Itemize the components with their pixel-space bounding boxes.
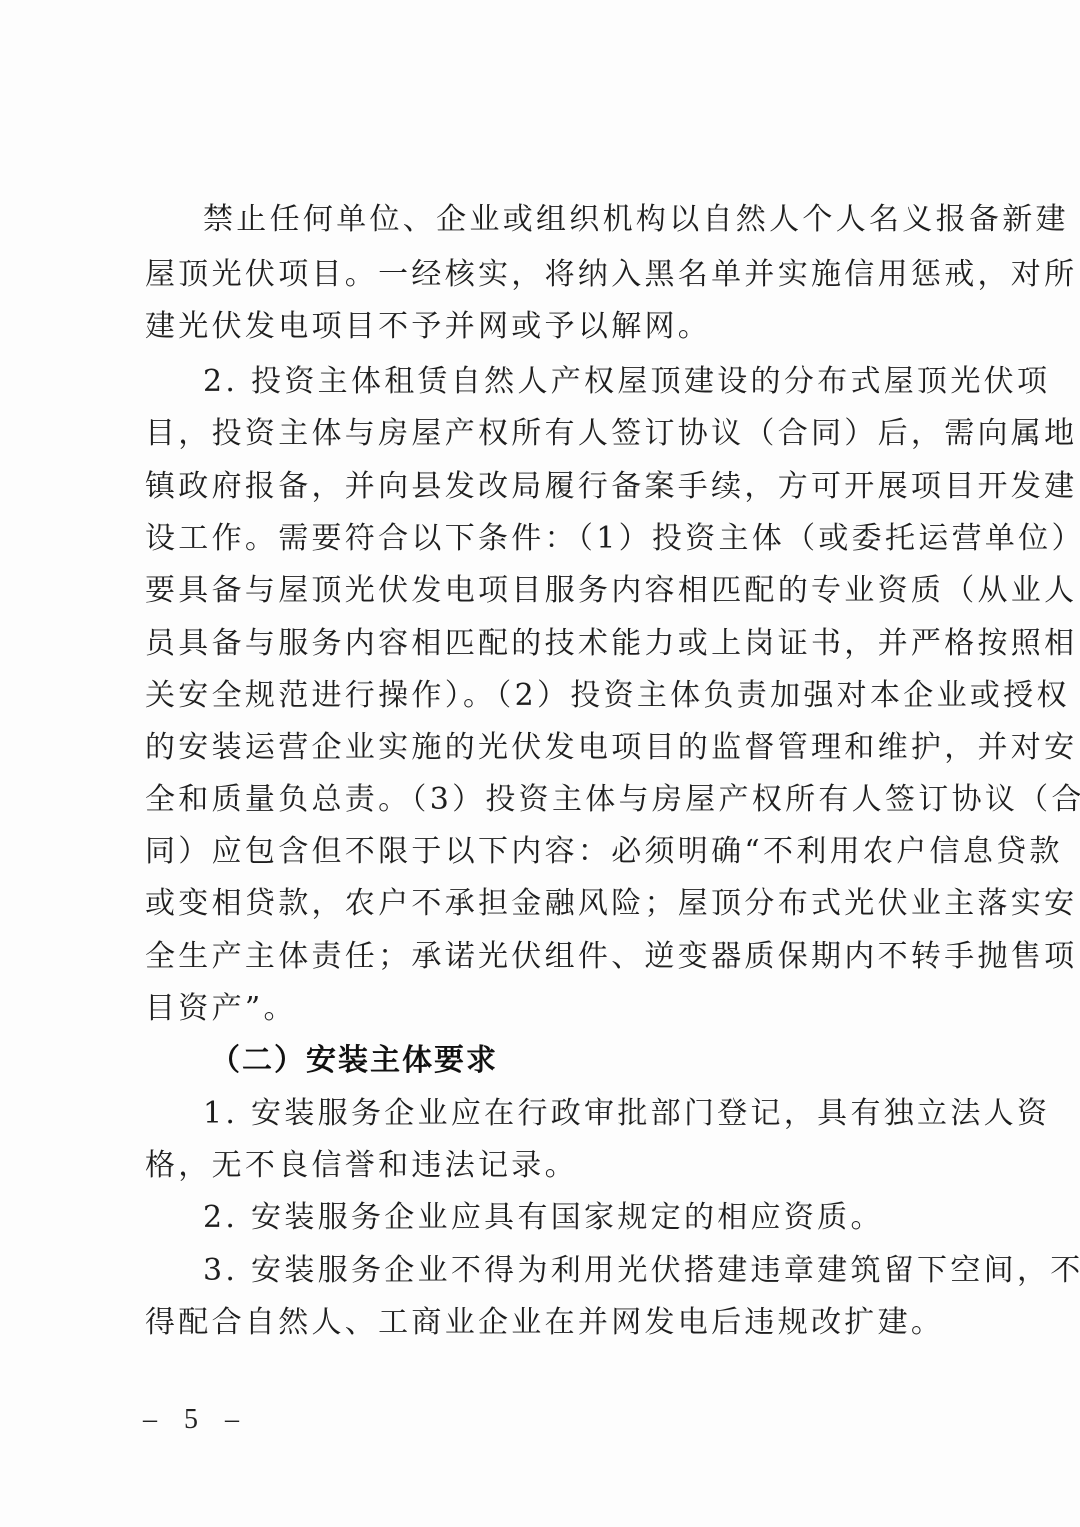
paragraph-line: 镇政府报备，并向县发改局履行备案手续，方可开展项目开发建 [145,467,950,507]
paragraph-line: 得配合自然人、工商业企业在并网发电后违规改扩建。 [145,1303,950,1343]
paragraph-line: 全生产主体责任；承诺光伏组件、逆变器质保期内不转手抛售项 [145,937,950,977]
paragraph-line: 建光伏发电项目不予并网或予以解网。 [145,307,950,347]
paragraph-line: 1. 安装服务企业应在行政审批部门登记，具有独立法人资 [203,1094,950,1134]
paragraph-line: 的安装运营企业实施的光伏发电项目的监督管理和维护，并对安 [145,728,950,768]
page-number: – 5 – [143,1402,249,1438]
paragraph-line: 关安全规范进行操作）。（2）投资主体负责加强对本企业或授权 [145,676,950,716]
paragraph-line: 格，无不良信誉和违法记录。 [145,1146,950,1186]
paragraph-line: 目资产”。 [145,989,950,1029]
paragraph-line: 目，投资主体与房屋产权所有人签订协议（合同）后，需向属地 [145,414,950,454]
paragraph-line: 禁止任何单位、企业或组织机构以自然人个人名义报备新建 [203,200,950,240]
paragraph-line: 全和质量负总责。（3）投资主体与房屋产权所有人签订协议（合 [145,780,950,820]
document-page: 禁止任何单位、企业或组织机构以自然人个人名义报备新建 屋顶光伏项目。一经核实，将… [0,0,1080,1527]
paragraph-line: 员具备与服务内容相匹配的技术能力或上岗证书，并严格按照相 [145,624,950,664]
paragraph-line: 设工作。需要符合以下条件：（1）投资主体（或委托运营单位） [145,519,950,559]
paragraph-line: 2. 安装服务企业应具有国家规定的相应资质。 [203,1198,950,1238]
section-heading: （二）安装主体要求 [210,1041,1015,1081]
paragraph-line: 要具备与屋顶光伏发电项目服务内容相匹配的专业资质（从业人 [145,571,950,611]
paragraph-line: 或变相贷款，农户不承担金融风险；屋顶分布式光伏业主落实安 [145,884,950,924]
paragraph-line: 屋顶光伏项目。一经核实，将纳入黑名单并实施信用惩戒，对所 [145,255,950,295]
paragraph-line: 3. 安装服务企业不得为利用光伏搭建违章建筑留下空间，不 [203,1251,950,1291]
paragraph-line: 2. 投资主体租赁自然人产权屋顶建设的分布式屋顶光伏项 [203,362,950,402]
paragraph-line: 同）应包含但不限于以下内容：必须明确“不利用农户信息贷款 [145,832,950,872]
